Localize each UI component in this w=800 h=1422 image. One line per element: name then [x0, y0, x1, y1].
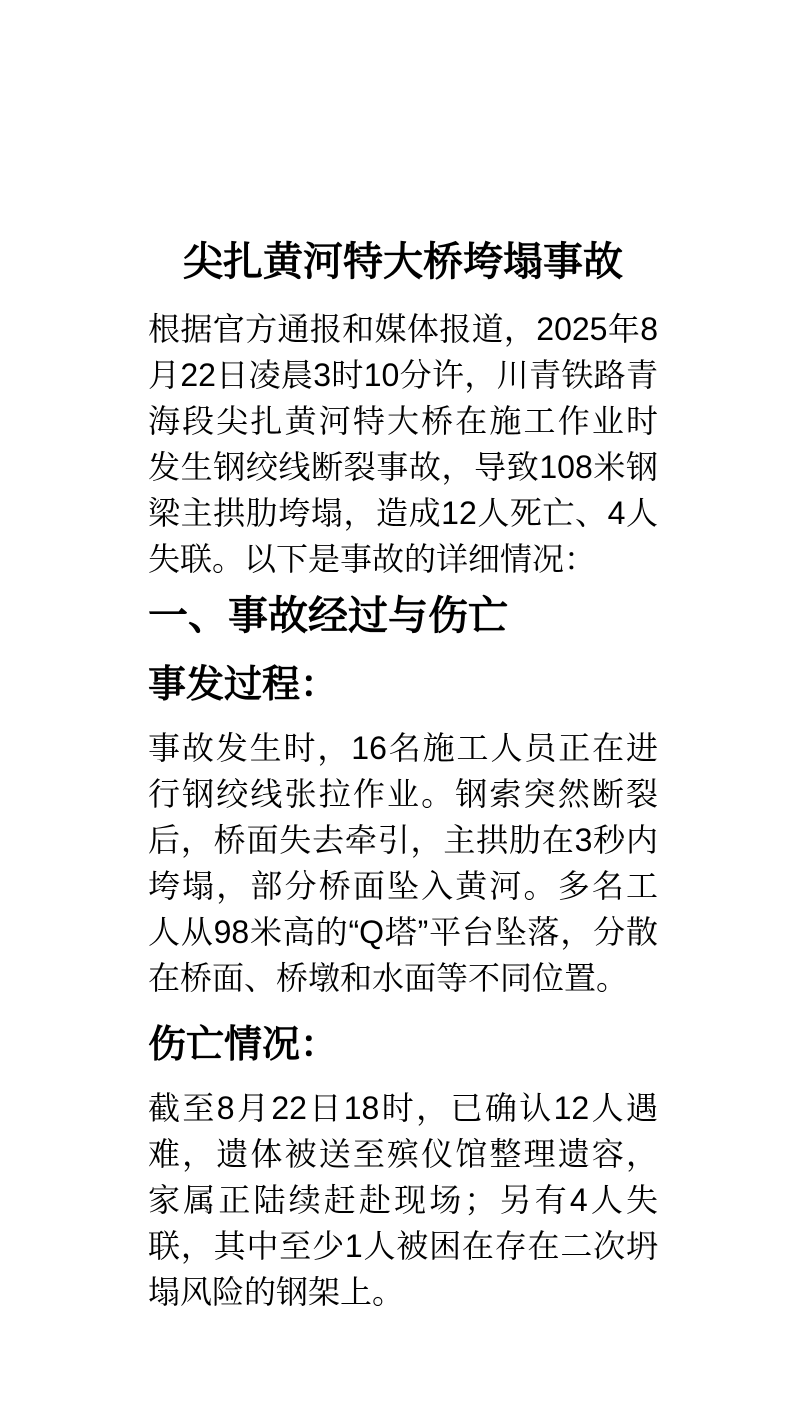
intro-paragraph: 根据官方通报和媒体报道，2025年8月22日凌晨3时10分许，川青铁路青海段尖扎…: [148, 306, 658, 582]
casualties-paragraph: 截至8月22日18时，已确认12人遇难，遗体被送至殡仪馆整理遗容，家属正陆续赶赴…: [148, 1085, 658, 1315]
document: 尖扎黄河特大桥垮塌事故 根据官方通报和媒体报道，2025年8月22日凌晨3时10…: [0, 0, 800, 1315]
incident-process-paragraph: 事故发生时，16名施工人员正在进行钢绞线张拉作业。钢索突然断裂后，桥面失去牵引，…: [148, 725, 658, 1001]
page-background: { "colors": { "background": "#ffffff", "…: [0, 0, 800, 1422]
page-title: 尖扎黄河特大桥垮塌事故: [148, 237, 658, 287]
subsection-heading-casualties: 伤亡情况：: [148, 1020, 658, 1070]
subsection-heading-incident-process: 事发过程：: [148, 660, 658, 710]
section-heading-accident: 一、事故经过与伤亡: [148, 591, 658, 641]
